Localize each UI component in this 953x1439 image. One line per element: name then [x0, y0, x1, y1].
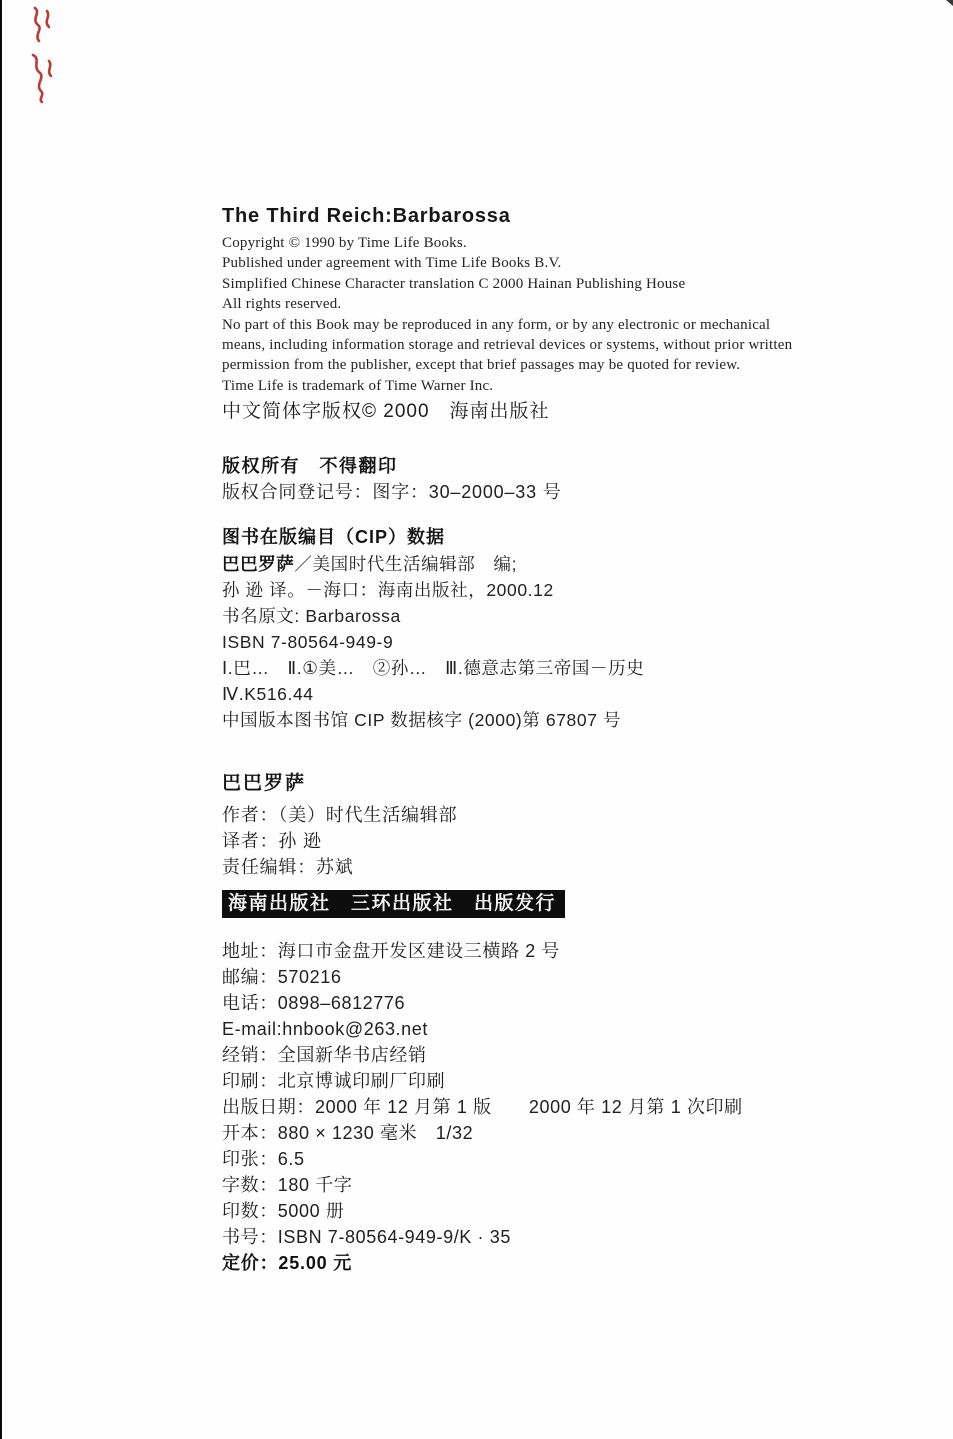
price-line: 定价：25.00 元 — [222, 1250, 822, 1276]
book-info-block: 作者：（美）时代生活编辑部 译者：孙 逊 责任编辑：苏斌 — [222, 802, 822, 880]
author-line: 作者：（美）时代生活编辑部 — [222, 802, 822, 828]
cip-block: 巴巴罗萨／美国时代生活编辑部 编; 孙 逊 译。－海口：海南出版社，2000.1… — [222, 551, 822, 733]
address-line: 地址：海口市金盘开发区建设三横路 2 号 — [222, 938, 822, 964]
copyright-line: Copyright © 1990 by Time Life Books. — [222, 233, 822, 253]
email-line: E-mail:hnbook@263.net — [222, 1016, 822, 1042]
distribution-line: 经销：全国新华书店经销 — [222, 1042, 822, 1068]
sheets-line: 印张：6.5 — [222, 1146, 822, 1172]
editor-line: 责任编辑：苏斌 — [222, 854, 822, 880]
book-cn-title: 巴巴罗萨 — [222, 772, 822, 796]
copyright-line: Time Life is trademark of Time Warner In… — [222, 376, 822, 396]
copyright-line: Published under agreement with Time Life… — [222, 253, 822, 273]
cip-line: 中国版本图书馆 CIP 数据核字 (2000)第 67807 号 — [222, 707, 822, 733]
copyright-line: permission from the publisher, except th… — [222, 355, 822, 375]
cip-line: 书名原文: Barbarossa — [222, 603, 822, 629]
copyright-block: Copyright © 1990 by Time Life Books. Pub… — [222, 233, 822, 396]
red-pen-marks — [25, 3, 61, 105]
print-run-line: 印数：5000 册 — [222, 1198, 822, 1224]
cip-line: Ⅰ.巴… Ⅱ.①美… ②孙… Ⅲ.德意志第三帝国－历史 — [222, 655, 822, 681]
cip-heading: 图书在版编目（CIP）数据 — [222, 525, 822, 549]
cip-line: 孙 逊 译。－海口：海南出版社，2000.12 — [222, 577, 822, 603]
copyright-line: No part of this Book may be reproduced i… — [222, 315, 822, 335]
publish-date-line: 出版日期：2000 年 12 月第 1 版 2000 年 12 月第 1 次印刷 — [222, 1094, 822, 1120]
cip-entry-rest: ／美国时代生活编辑部 编; — [294, 554, 517, 574]
registration-number-line: 版权合同登记号：图字：30–2000–33 号 — [222, 480, 822, 504]
copyright-line: All rights reserved. — [222, 294, 822, 314]
publication-block: 地址：海口市金盘开发区建设三横路 2 号 邮编：570216 电话：0898–6… — [222, 938, 822, 1276]
printer-line: 印刷：北京博诚印刷厂印刷 — [222, 1068, 822, 1094]
scan-edge-line — [0, 0, 2, 1439]
book-title: The Third Reich:Barbarossa — [222, 203, 822, 229]
all-rights-reserved-line: 版权所有 不得翻印 — [222, 454, 822, 478]
scan-corner-artifact — [946, 0, 953, 6]
format-line: 开本：880 × 1230 毫米 1/32 — [222, 1120, 822, 1146]
publisher-bar: 海南出版社 三环出版社 出版发行 — [222, 890, 565, 918]
copyright-page: The Third Reich:Barbarossa Copyright © 1… — [0, 0, 953, 1439]
colophon-content: The Third Reich:Barbarossa Copyright © 1… — [222, 203, 822, 1276]
translator-line: 译者：孙 逊 — [222, 828, 822, 854]
copyright-line: means, including information storage and… — [222, 335, 822, 355]
cip-entry-title: 巴巴罗萨 — [222, 554, 294, 574]
cip-entry-line: 巴巴罗萨／美国时代生活编辑部 编; — [222, 551, 822, 577]
cip-line: ISBN 7-80564-949-9 — [222, 629, 822, 655]
copyright-line: Simplified Chinese Character translation… — [222, 274, 822, 294]
cip-line: Ⅳ.K516.44 — [222, 681, 822, 707]
postcode-line: 邮编：570216 — [222, 964, 822, 990]
phone-line: 电话：0898–6812776 — [222, 990, 822, 1016]
chinese-rights-line: 中文简体字版权© 2000 海南出版社 — [222, 398, 822, 426]
isbn-line: 书号：ISBN 7-80564-949-9/K · 35 — [222, 1224, 822, 1250]
word-count-line: 字数：180 千字 — [222, 1172, 822, 1198]
